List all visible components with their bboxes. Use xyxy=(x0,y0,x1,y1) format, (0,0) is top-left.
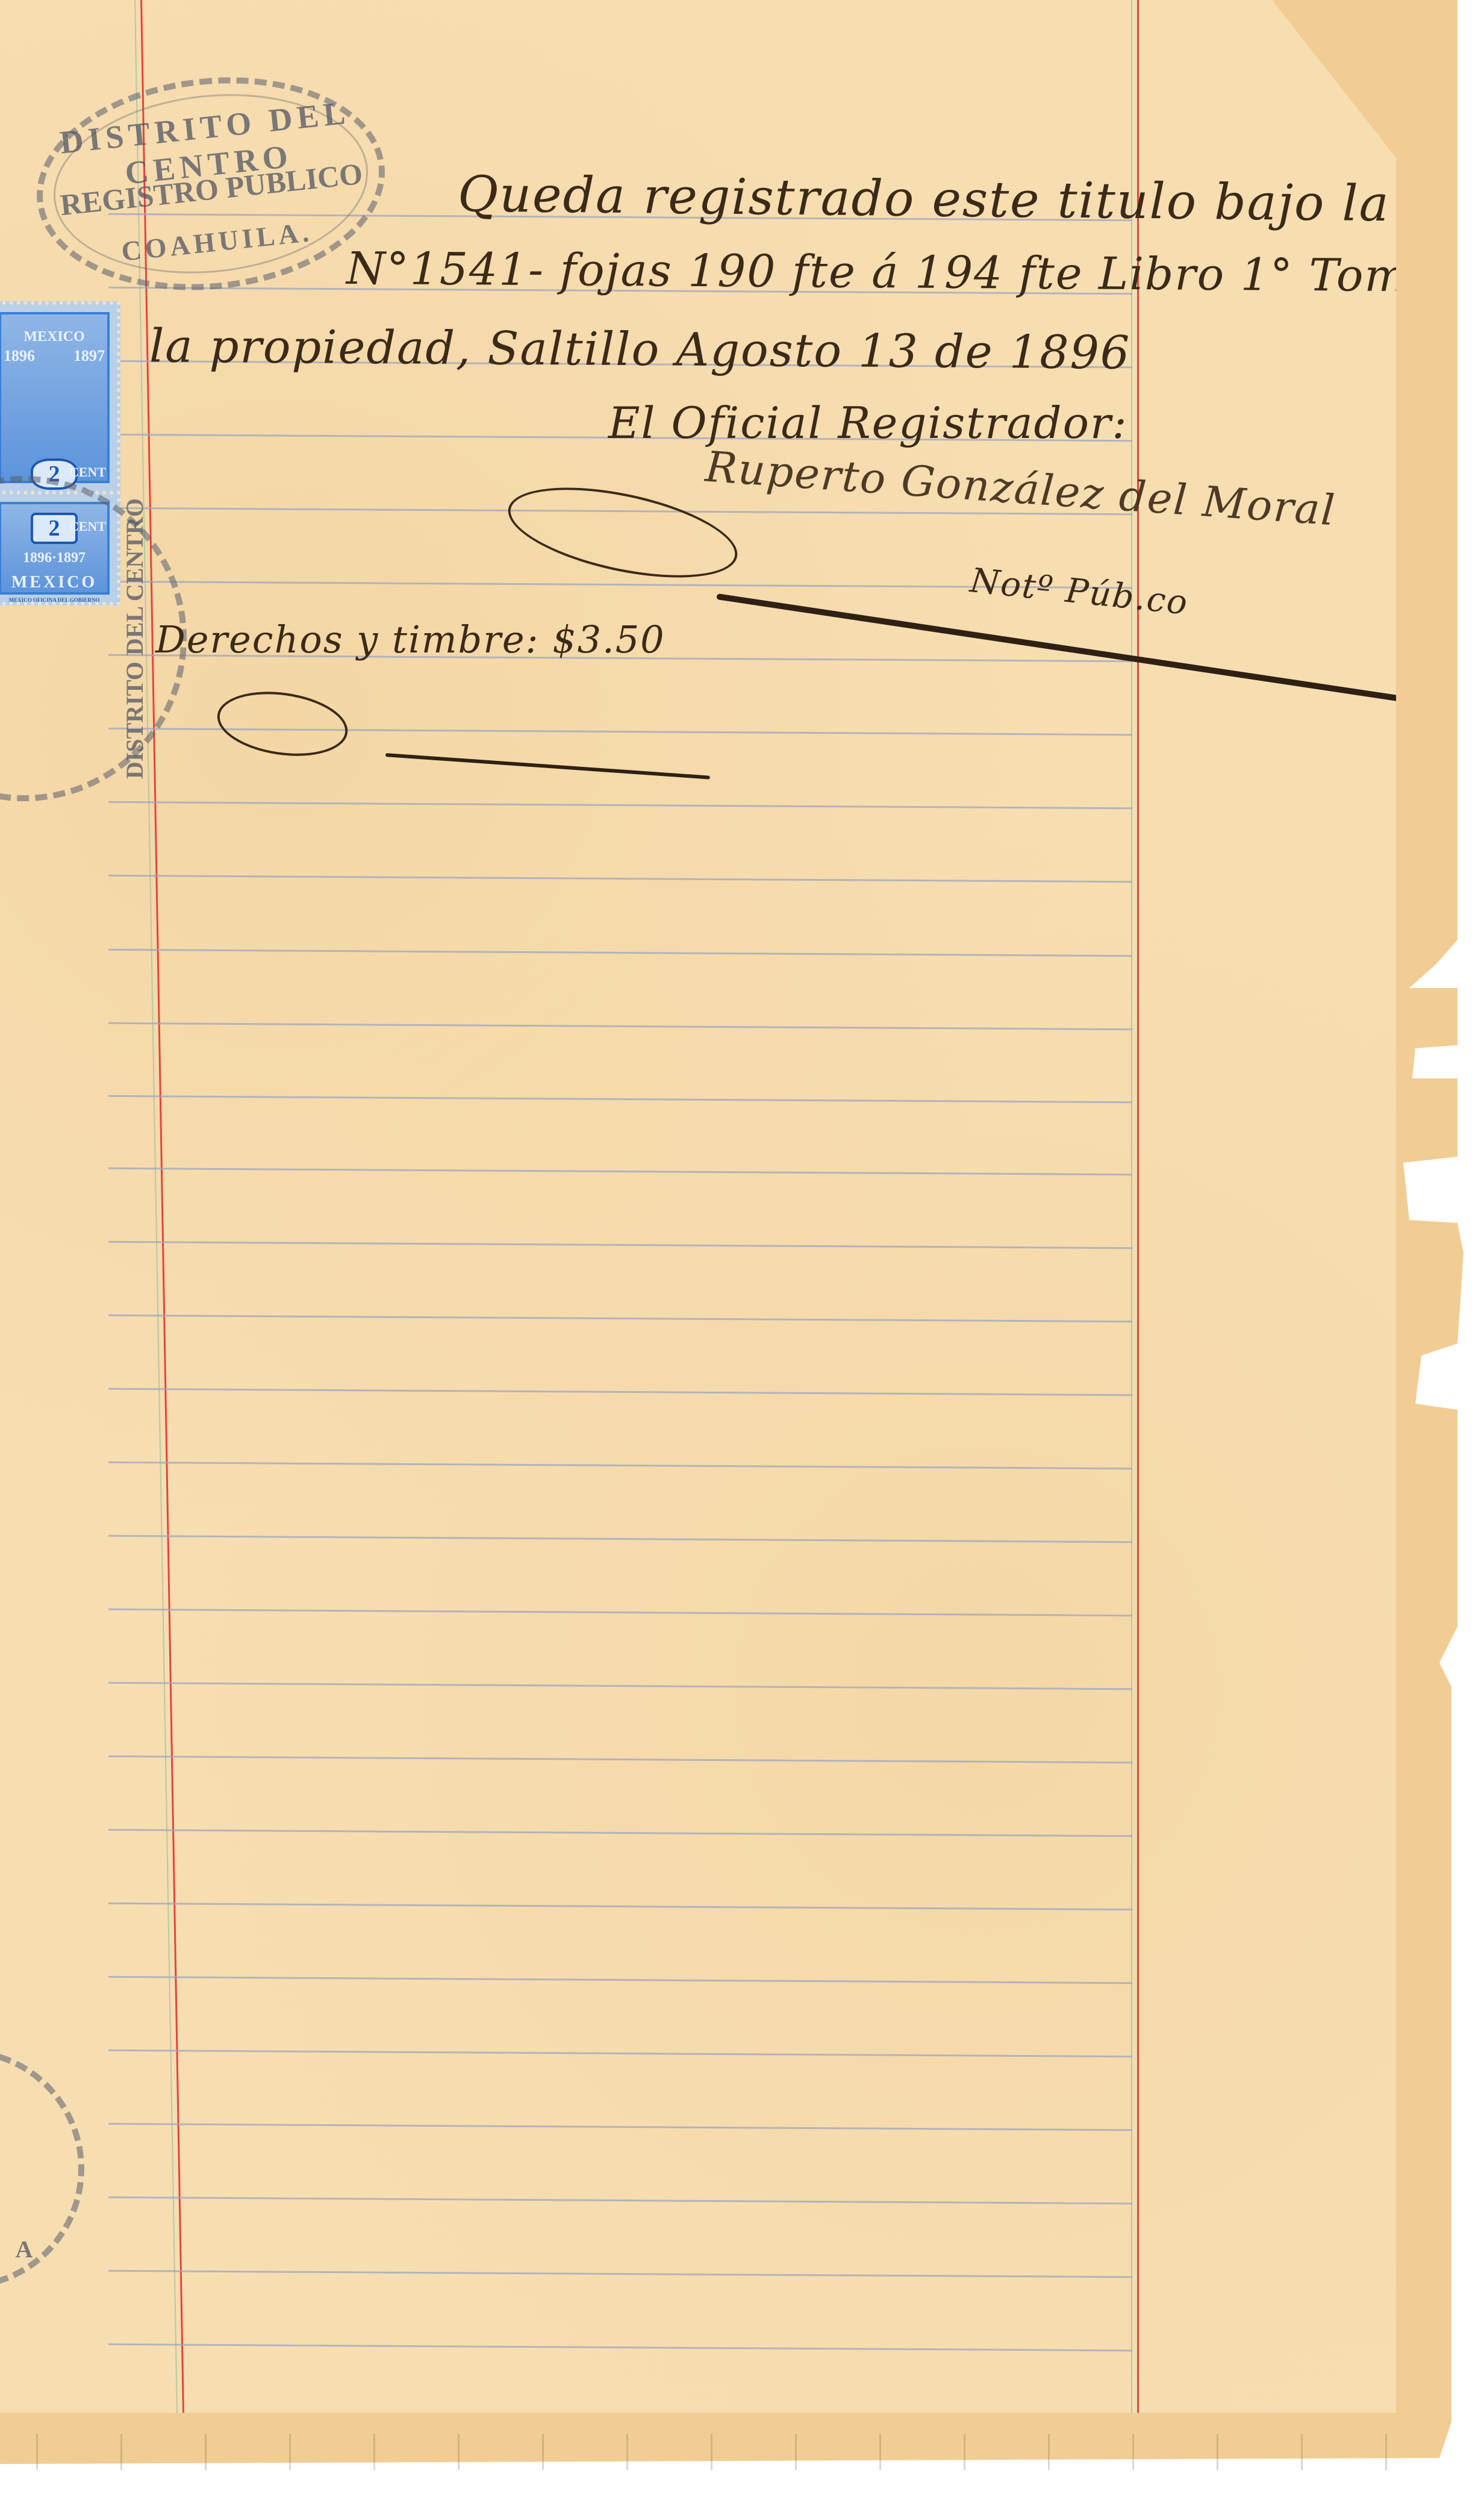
ruled-line xyxy=(108,1315,1132,1322)
ruled-line xyxy=(108,2050,1132,2057)
document-page: DISTRITO DEL CENTRO REGISTRO PUBLICO COA… xyxy=(0,0,1396,2413)
ruled-line xyxy=(108,875,1132,883)
ruled-line xyxy=(108,1903,1132,1910)
signature-title: Notº Púb.co xyxy=(968,561,1191,623)
ruled-line xyxy=(108,1241,1132,1249)
ruled-line xyxy=(108,1756,1132,1763)
ruled-line xyxy=(108,1022,1132,1030)
ruled-line xyxy=(108,2123,1132,2131)
stamp-country: MEXICO xyxy=(0,329,117,345)
registro-publico-seal: DISTRITO DEL CENTRO REGISTRO PUBLICO COA… xyxy=(26,61,395,307)
entry-line-2: N°1541- fojas 190 fte á 194 fte Libro 1°… xyxy=(346,243,1484,303)
ruled-line xyxy=(108,1168,1132,1175)
partial-seal-bottom-left: A xyxy=(0,2048,84,2289)
ruled-line xyxy=(108,2344,1132,2351)
ruled-line xyxy=(108,1095,1132,1103)
ruled-line xyxy=(108,2270,1132,2278)
ruled-line xyxy=(108,1609,1132,1616)
ruled-line xyxy=(108,801,1132,809)
ruled-line xyxy=(108,1829,1132,1837)
stamp-year-right: 1897 xyxy=(0,347,117,365)
torn-bottom-edge xyxy=(0,2434,1451,2470)
fees-initials-stroke xyxy=(385,753,710,780)
entry-line-3: la propiedad, Saltillo Agosto 13 de 1896 xyxy=(149,319,1131,379)
signature-name: Ruperto González del Moral xyxy=(703,442,1337,536)
partial-seal-text: A xyxy=(0,2235,78,2263)
fees-line: Derechos y timbre: $3.50 xyxy=(155,618,666,661)
revenue-stamp-upper: MEXICO 1896 1897 2 CENT xyxy=(0,301,120,494)
side-seal-text-b: DISTRITO DEL CENTRO xyxy=(120,482,149,795)
ruled-line xyxy=(108,1462,1132,1469)
ruled-line xyxy=(108,1976,1132,1984)
entry-line-1: Queda registrado este titulo bajo la Par… xyxy=(458,166,1484,235)
ruled-line xyxy=(108,949,1132,957)
right-margin-red-line xyxy=(1137,0,1139,2413)
ruled-line xyxy=(108,1682,1132,1690)
right-margin-green-line xyxy=(1131,0,1132,2413)
ruled-line xyxy=(108,1535,1132,1543)
ruled-line xyxy=(108,1388,1132,1396)
registrar-title: El Oficial Registrador: xyxy=(608,398,1128,448)
ruled-line xyxy=(108,2197,1132,2204)
fees-initials-loop xyxy=(213,684,352,763)
